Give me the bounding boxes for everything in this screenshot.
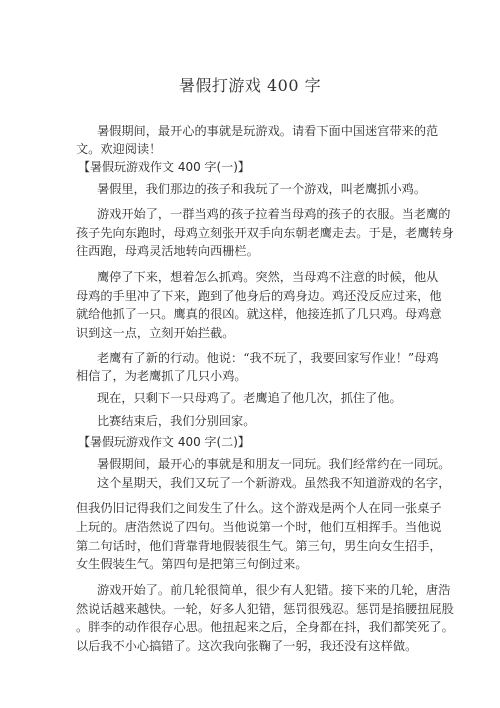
text-line: 母鸡的手里冲了下来，跑到了他身后的鸡身边。鸡还没反应过来，他 [76, 289, 442, 303]
text-line: 鹰停了下来，想着怎么抓鸡。突然，当母鸡不注意的时候，他从 [97, 270, 438, 284]
text-line: 老鹰有了新的行动。他说：“我不玩了，我要回家写作业！”母鸡 [97, 351, 439, 365]
text-line: 这个星期天，我们又玩了一个新游戏。虽然我不知道游戏的名字， [97, 476, 450, 490]
text-line: 上玩的。唐浩然说了四句。当他说第一个时，他们互相挥手。当他说 [76, 520, 442, 534]
text-line: 游戏开始了，一群当鸡的孩子拉着当母鸡的孩子的衣服。当老鹰的 [97, 207, 450, 221]
text-line: 就给他抓了一只。鹰真的很凶。就这样，他接连抓了几只鸡。母鸡意 [76, 307, 442, 321]
section-heading: 【暑假玩游戏作文 400 字(二)】 [78, 435, 250, 449]
text-line: 但我仍旧记得我们之间发生了什么。这个游戏是两个人在同一张桌子 [76, 501, 442, 515]
text-line: 暑假里，我们那边的孩子和我玩了一个游戏，叫老鹰抓小鸡。 [97, 182, 426, 196]
text-line: 识到这一点，立刻开始拦截。 [76, 326, 234, 340]
text-line: 暑假期间，最开心的事就是玩游戏。请看下面中国迷宫带来的范 [97, 124, 438, 138]
text-line: 比赛结束后，我们分别回家。 [97, 414, 255, 428]
text-line: 孩子先向东跑时，母鸡立刻张开双手向东朝老鹰走去。于是，老鹰转身 [76, 226, 454, 240]
text-line: 以后我不小心搞错了。这次我向张鞠了一躬，我还没有这样做。 [76, 639, 417, 653]
text-line: 然说话越来越快。一轮，好多人犯错，惩罚很残忍。惩罚是掐腰扭屁股 [76, 602, 454, 616]
page-title: 暑假打游戏 400 字 [0, 73, 500, 96]
text-line: 暑假期间，最开心的事就是和朋友一同玩。我们经常约在一同玩。 [97, 457, 450, 471]
text-line: 女生假装生气。第四句是把第三句倒过来。 [76, 557, 308, 571]
text-line: 相信了，为老鹰抓了几只小鸡。 [76, 369, 247, 383]
text-line: 往西跑，母鸡灵活地转向西栅栏。 [76, 244, 259, 258]
text-line: 现在，只剩下一只母鸡了。老鹰追了他几次，抓住了他。 [97, 391, 402, 405]
text-line: 文。欢迎阅读！ [76, 142, 161, 156]
text-line: 第二句话时，他们背靠背地假装很生气。第三句，男生向女生招手， [76, 539, 442, 553]
text-line: 。胖李的动作很存心思。他扭起来之后，全身都在抖，我们都笑死了。 [76, 620, 454, 634]
text-line: 游戏开始了。前几轮很简单，很少有人犯错。接下来的几轮，唐浩 [97, 583, 450, 597]
section-heading: 【暑假玩游戏作文 400 字(一)】 [78, 160, 250, 174]
